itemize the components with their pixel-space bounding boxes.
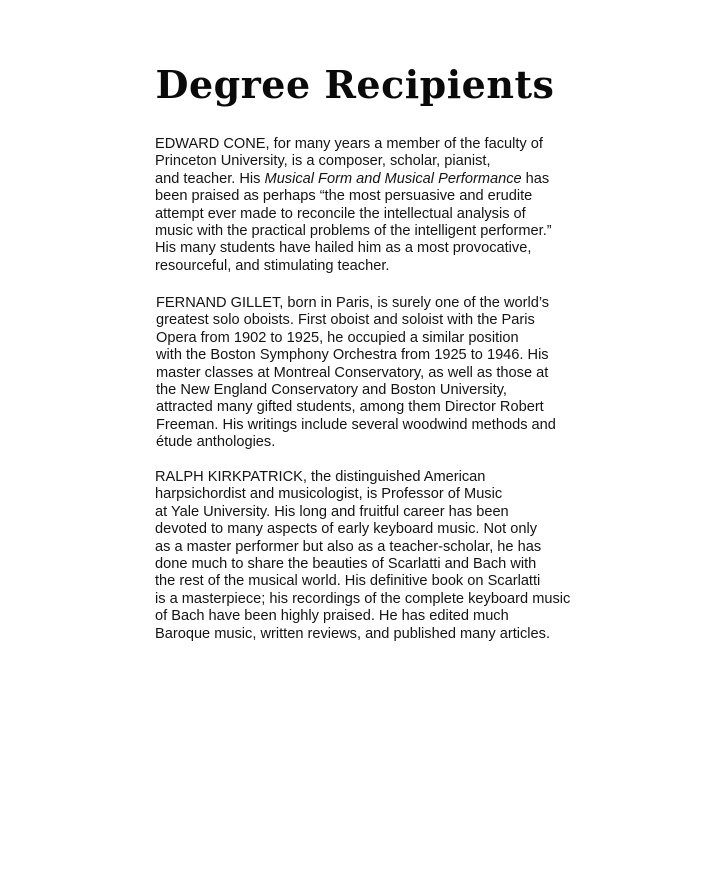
text-line: is a masterpiece; his recordings of the … — [155, 591, 625, 608]
text-line: FERNAND GILLET, born in Paris, is surely… — [156, 295, 626, 312]
text-line: RALPH KIRKPATRICK, the distinguished Ame… — [155, 469, 625, 486]
text-line: His many students have hailed him as a m… — [155, 240, 625, 257]
text-line: Opera from 1902 to 1925, he occupied a s… — [156, 330, 626, 347]
text-line: greatest solo oboists. First oboist and … — [156, 312, 626, 329]
text-line: as a master performer but also as a teac… — [155, 539, 625, 556]
text-line: devoted to many aspects of early keyboar… — [155, 521, 625, 538]
text-line: harpsichordist and musicologist, is Prof… — [155, 486, 625, 503]
book-title: Musical Form and Musical Performance — [265, 171, 522, 187]
text-line: and teacher. His Musical Form and Musica… — [155, 171, 625, 188]
text-line: been praised as perhaps “the most persua… — [155, 188, 625, 205]
text-line: done much to share the beauties of Scarl… — [155, 556, 625, 573]
page-title: Degree Recipients — [0, 62, 710, 107]
text-line: the rest of the musical world. His defin… — [155, 573, 625, 590]
text-line: Freeman. His writings include several wo… — [156, 417, 626, 434]
text-run: has — [522, 171, 550, 187]
bio-paragraph-edward-cone: EDWARD CONE, for many years a member of … — [155, 136, 625, 275]
text-line: master classes at Montreal Conservatory,… — [156, 365, 626, 382]
text-run: and teacher. His — [155, 171, 265, 187]
bio-paragraph-fernand-gillet: FERNAND GILLET, born in Paris, is surely… — [156, 295, 626, 452]
text-line: of Bach have been highly praised. He has… — [155, 608, 625, 625]
text-line: attempt ever made to reconcile the intel… — [155, 206, 625, 223]
text-line: at Yale University. His long and fruitfu… — [155, 504, 625, 521]
text-line: EDWARD CONE, for many years a member of … — [155, 136, 625, 153]
bio-paragraph-ralph-kirkpatrick: RALPH KIRKPATRICK, the distinguished Ame… — [155, 469, 625, 643]
text-line: Princeton University, is a composer, sch… — [155, 153, 625, 170]
text-line: étude anthologies. — [156, 434, 626, 451]
text-line: music with the practical problems of the… — [155, 223, 625, 240]
text-line: the New England Conservatory and Boston … — [156, 382, 626, 399]
text-line: attracted many gifted students, among th… — [156, 399, 626, 416]
text-line: with the Boston Symphony Orchestra from … — [156, 347, 626, 364]
text-line: Baroque music, written reviews, and publ… — [155, 626, 625, 643]
text-line: resourceful, and stimulating teacher. — [155, 258, 625, 275]
